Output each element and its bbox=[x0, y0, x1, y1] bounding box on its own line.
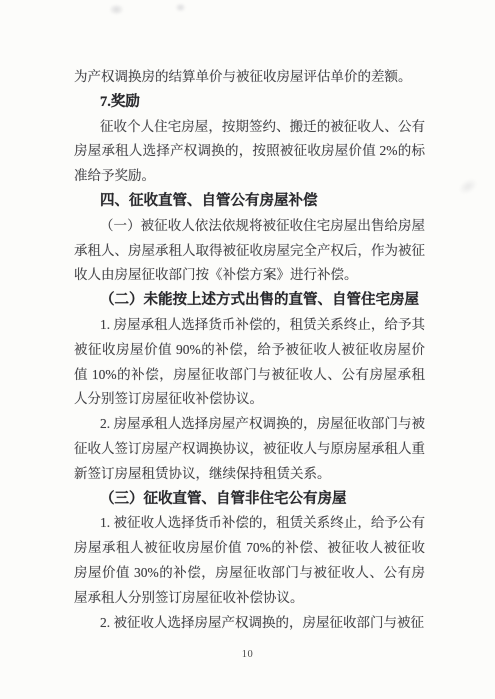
section-heading: 7.奖励 bbox=[74, 90, 425, 115]
paragraph: 2. 房屋承租人选择房屋产权调换的，房屋征收部门与被征收人签订房屋产权调换协议，… bbox=[74, 412, 425, 486]
scan-artifact bbox=[109, 4, 124, 15]
paragraph: 2. 被征收人选择房屋产权调换的，房屋征收部门与被征 bbox=[74, 611, 425, 636]
section-heading: （二）未能按上述方式出售的直管、自管住宅房屋 bbox=[74, 288, 425, 313]
paragraph: 1. 房屋承租人选择货币补偿的，租赁关系终止，给予其被征收房屋价值 90%的补偿… bbox=[74, 313, 425, 412]
section-heading: 四、征收直管、自管公有房屋补偿 bbox=[74, 189, 425, 214]
paragraph: 1. 被征收人选择货币补偿的，租赁关系终止，给予公有房屋承租人被征收房屋价值 7… bbox=[74, 511, 425, 610]
scan-artifact bbox=[175, 3, 186, 12]
page-number: 10 bbox=[0, 649, 495, 660]
paragraph: 为产权调换房的结算单价与被征收房屋评估单价的差额。 bbox=[74, 65, 425, 90]
document-page: 为产权调换房的结算单价与被征收房屋评估单价的差额。7.奖励征收个人住宅房屋，按期… bbox=[0, 0, 495, 699]
paragraph: （一）被征收人依法依规将被征收住宅房屋出售给房屋承租人、房屋承租人取得被征收房屋… bbox=[74, 214, 425, 288]
scan-artifact bbox=[456, 176, 480, 198]
section-heading: （三）征收直管、自管非住宅公有房屋 bbox=[74, 487, 425, 512]
document-body: 为产权调换房的结算单价与被征收房屋评估单价的差额。7.奖励征收个人住宅房屋，按期… bbox=[74, 65, 425, 635]
paragraph: 征收个人住宅房屋，按期签约、搬迁的被征收人、公有房屋承租人选择产权调换的，按照被… bbox=[74, 115, 425, 189]
